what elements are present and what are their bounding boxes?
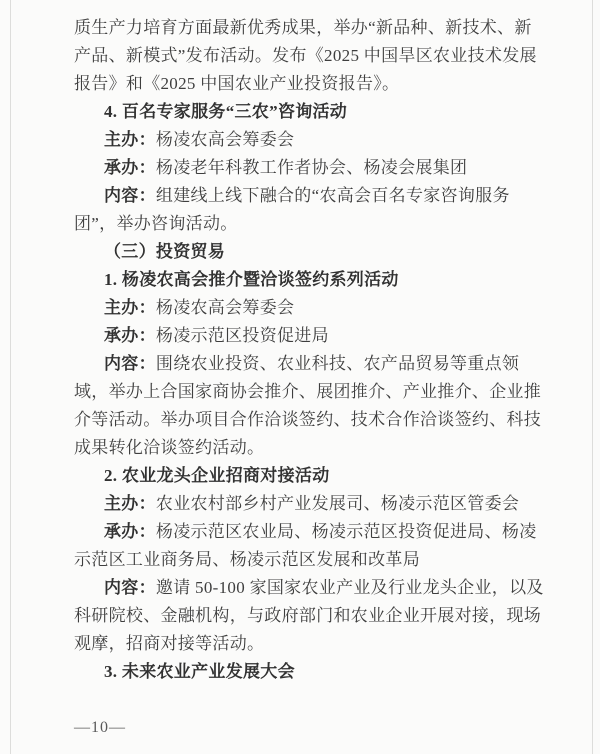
text-segment: 杨凌示范区投资促进局 xyxy=(156,326,329,345)
text-segment: 质生产力培育方面最新优秀成果，举办“新品种、新技术、新 xyxy=(74,18,532,37)
text-line: 产品、新模式”发布活动。发布《2025 中国旱区农业技术发展 xyxy=(74,42,536,70)
text-line: 主办：杨凌农高会筹委会 xyxy=(74,126,536,154)
text-line: 观摩，招商对接等活动。 xyxy=(74,630,536,658)
text-segment: 杨凌老年科教工作者协会、杨凌会展集团 xyxy=(156,158,467,177)
text-segment-bold: 2. 农业龙头企业招商对接活动 xyxy=(104,466,330,485)
text-line: 1. 杨凌农高会推介暨洽谈签约系列活动 xyxy=(74,266,536,294)
text-line: 承办：杨凌示范区投资促进局 xyxy=(74,322,536,350)
text-segment: 报告》和《2025 中国农业产业投资报告》。 xyxy=(74,74,399,93)
text-segment-bold: 内容： xyxy=(104,578,156,597)
page-number: —10— xyxy=(74,718,126,738)
text-segment-bold: 主办： xyxy=(104,130,156,149)
document-page: 质生产力培育方面最新优秀成果，举办“新品种、新技术、新产品、新模式”发布活动。发… xyxy=(0,0,600,754)
text-line: 报告》和《2025 中国农业产业投资报告》。 xyxy=(74,70,536,98)
text-segment-bold: 承办： xyxy=(104,326,156,345)
text-line: 主办：农业农村部乡村产业发展司、杨凌示范区管委会 xyxy=(74,490,536,518)
text-segment-bold: 内容： xyxy=(104,354,156,373)
text-segment: 杨凌农高会筹委会 xyxy=(156,130,294,149)
text-segment-bold: 内容： xyxy=(104,186,156,205)
text-line: 承办：杨凌示范区农业局、杨凌示范区投资促进局、杨凌 xyxy=(74,518,536,546)
text-segment: 邀请 50-100 家国家农业产业及行业龙头企业，以及 xyxy=(156,578,544,597)
text-segment-bold: （三）投资贸易 xyxy=(104,242,225,261)
page-right-edge-line xyxy=(592,0,593,754)
text-line: 成果转化洽谈签约活动。 xyxy=(74,434,536,462)
text-segment: 团”，举办咨询活动。 xyxy=(74,214,238,233)
text-line: 域，举办上合国家商协会推介、展团推介、产业推介、企业推 xyxy=(74,378,536,406)
text-line: 内容：组建线上线下融合的“农高会百名专家咨询服务 xyxy=(74,182,536,210)
text-line: 4. 百名专家服务“三农”咨询活动 xyxy=(74,98,536,126)
text-segment-bold: 承办： xyxy=(104,522,156,541)
text-segment: 成果转化洽谈签约活动。 xyxy=(74,438,264,457)
text-segment: 农业农村部乡村产业发展司、杨凌示范区管委会 xyxy=(156,494,519,513)
text-line: 主办：杨凌农高会筹委会 xyxy=(74,294,536,322)
text-segment-bold: 1. 杨凌农高会推介暨洽谈签约系列活动 xyxy=(104,270,399,289)
page-left-edge-line xyxy=(10,0,11,754)
document-body: 质生产力培育方面最新优秀成果，举办“新品种、新技术、新产品、新模式”发布活动。发… xyxy=(74,14,536,686)
text-line: 2. 农业龙头企业招商对接活动 xyxy=(74,462,536,490)
text-segment-bold: 3. 未来农业产业发展大会 xyxy=(104,662,295,681)
text-segment: 观摩，招商对接等活动。 xyxy=(74,634,264,653)
text-line: （三）投资贸易 xyxy=(74,238,536,266)
text-line: 示范区工业商务局、杨凌示范区发展和改革局 xyxy=(74,546,536,574)
text-line: 内容：围绕农业投资、农业科技、农产品贸易等重点领 xyxy=(74,350,536,378)
text-segment: 组建线上线下融合的“农高会百名专家咨询服务 xyxy=(156,186,510,205)
text-segment: 围绕农业投资、农业科技、农产品贸易等重点领 xyxy=(156,354,519,373)
text-segment: 杨凌示范区农业局、杨凌示范区投资促进局、杨凌 xyxy=(156,522,537,541)
text-segment: 介等活动。举办项目合作洽谈签约、技术合作洽谈签约、科技 xyxy=(74,410,541,429)
text-line: 科研院校、金融机构，与政府部门和农业企业开展对接，现场 xyxy=(74,602,536,630)
text-line: 介等活动。举办项目合作洽谈签约、技术合作洽谈签约、科技 xyxy=(74,406,536,434)
text-segment-bold: 主办： xyxy=(104,494,156,513)
text-segment: 产品、新模式”发布活动。发布《2025 中国旱区农业技术发展 xyxy=(74,46,537,65)
text-segment: 杨凌农高会筹委会 xyxy=(156,298,294,317)
text-line: 团”，举办咨询活动。 xyxy=(74,210,536,238)
text-segment-bold: 4. 百名专家服务“三农”咨询活动 xyxy=(104,102,347,121)
text-segment: 示范区工业商务局、杨凌示范区发展和改革局 xyxy=(74,550,420,569)
text-line: 承办：杨凌老年科教工作者协会、杨凌会展集团 xyxy=(74,154,536,182)
text-line: 内容：邀请 50-100 家国家农业产业及行业龙头企业，以及 xyxy=(74,574,536,602)
text-line: 质生产力培育方面最新优秀成果，举办“新品种、新技术、新 xyxy=(74,14,536,42)
text-line: 3. 未来农业产业发展大会 xyxy=(74,658,536,686)
text-segment-bold: 承办： xyxy=(104,158,156,177)
text-segment: 科研院校、金融机构，与政府部门和农业企业开展对接，现场 xyxy=(74,606,541,625)
text-segment-bold: 主办： xyxy=(104,298,156,317)
text-segment: 域，举办上合国家商协会推介、展团推介、产业推介、企业推 xyxy=(74,382,541,401)
